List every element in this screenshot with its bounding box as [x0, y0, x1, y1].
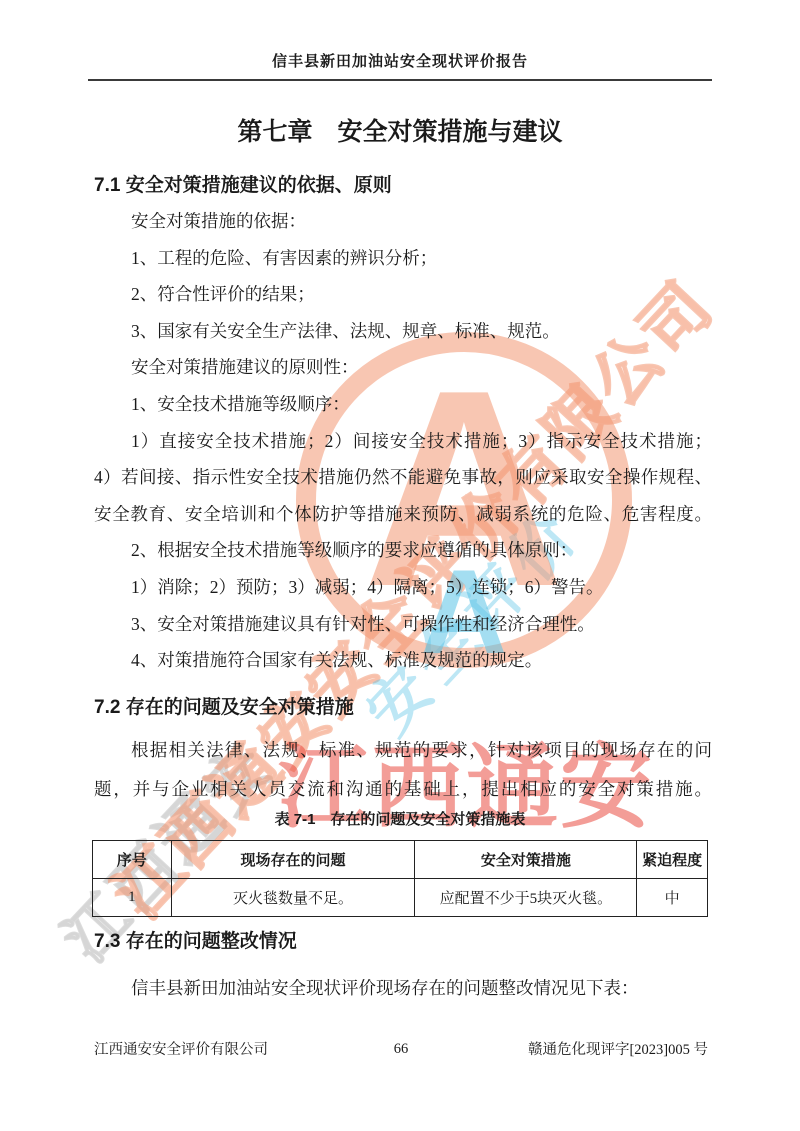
paragraph-line: 题，并与企业相关人员交流和沟通的基础上，提出相应的安全对策措施。 — [94, 770, 712, 809]
cell-index: 1 — [93, 879, 172, 917]
col-header-urgency: 紧迫程度 — [637, 841, 708, 879]
section-7-3-body: 信丰县新田加油站安全现状评价现场存在的问题整改情况见下表： — [94, 974, 712, 1002]
section-7-1-body: 安全对策措施的依据： 1、工程的危险、有害因素的辨识分析； 2、符合性评价的结果… — [94, 203, 712, 679]
paragraph-line: 1、工程的危险、有害因素的辨识分析； — [94, 240, 712, 277]
paragraph-line: 3、国家有关安全生产法律、法规、规章、标准、规范。 — [94, 313, 712, 350]
chapter-title: 第七章 安全对策措施与建议 — [0, 112, 800, 148]
paragraph-line: 根据相关法律、法规、标准、规范的要求，针对该项目的现场存在的问 — [94, 731, 712, 770]
running-header-title: 信丰县新田加油站安全现状评价报告 — [0, 50, 800, 71]
table-7-1-caption: 表 7-1 存在的问题及安全对策措施表 — [0, 808, 800, 829]
col-header-problem: 现场存在的问题 — [171, 841, 415, 879]
section-7-2-heading: 7.2 存在的问题及安全对策措施 — [94, 692, 714, 719]
document-page: { "header": { "title": "信丰县新田加油站安全现状评价报告… — [0, 0, 800, 1131]
paragraph-line: 1）消除；2）预防；3）减弱；4）隔离；5）连锁；6）警告。 — [94, 569, 712, 606]
paragraph-line: 1）直接安全技术措施；2）间接安全技术措施；3）指示安全技术措施； — [94, 423, 712, 460]
cell-urgency: 中 — [637, 879, 708, 917]
table-header-row: 序号 现场存在的问题 安全对策措施 紧迫程度 — [93, 841, 708, 879]
section-7-2-body: 根据相关法律、法规、标准、规范的要求，针对该项目的现场存在的问 题，并与企业相关… — [94, 731, 712, 809]
paragraph-line: 4）若间接、指示性安全技术措施仍然不能避免事故，则应采取安全操作规程、 — [94, 459, 712, 496]
paragraph-line: 4、对策措施符合国家有关法规、标准及规范的规定。 — [94, 642, 712, 679]
issues-measures-table: 序号 现场存在的问题 安全对策措施 紧迫程度 1 灭火毯数量不足。 应配置不少于… — [92, 840, 708, 917]
header-divider — [88, 79, 712, 81]
section-7-3-heading: 7.3 存在的问题整改情况 — [94, 926, 714, 953]
cell-problem: 灭火毯数量不足。 — [171, 879, 415, 917]
paragraph-line: 3、安全对策措施建议具有针对性、可操作性和经济合理性。 — [94, 606, 712, 643]
paragraph-line: 安全对策措施建议的原则性： — [94, 349, 712, 386]
footer-document-number: 赣通危化现评字[2023]005 号 — [528, 1038, 708, 1059]
paragraph-line: 安全教育、安全培训和个体防护等措施来预防、减弱系统的危险、危害程度。 — [94, 496, 712, 533]
paragraph-line: 2、符合性评价的结果； — [94, 276, 712, 313]
col-header-index: 序号 — [93, 841, 172, 879]
paragraph-line: 安全对策措施的依据： — [94, 203, 712, 240]
paragraph-line: 2、根据安全技术措施等级顺序的要求应遵循的具体原则： — [94, 532, 712, 569]
section-7-1-heading: 7.1 安全对策措施建议的依据、原则 — [94, 170, 714, 197]
col-header-measure: 安全对策措施 — [415, 841, 637, 879]
cell-measure: 应配置不少于5块灭火毯。 — [415, 879, 637, 917]
paragraph-line: 信丰县新田加油站安全现状评价现场存在的问题整改情况见下表： — [94, 974, 712, 1002]
paragraph-line: 1、安全技术措施等级顺序： — [94, 386, 712, 423]
table-row: 1 灭火毯数量不足。 应配置不少于5块灭火毯。 中 — [93, 879, 708, 917]
